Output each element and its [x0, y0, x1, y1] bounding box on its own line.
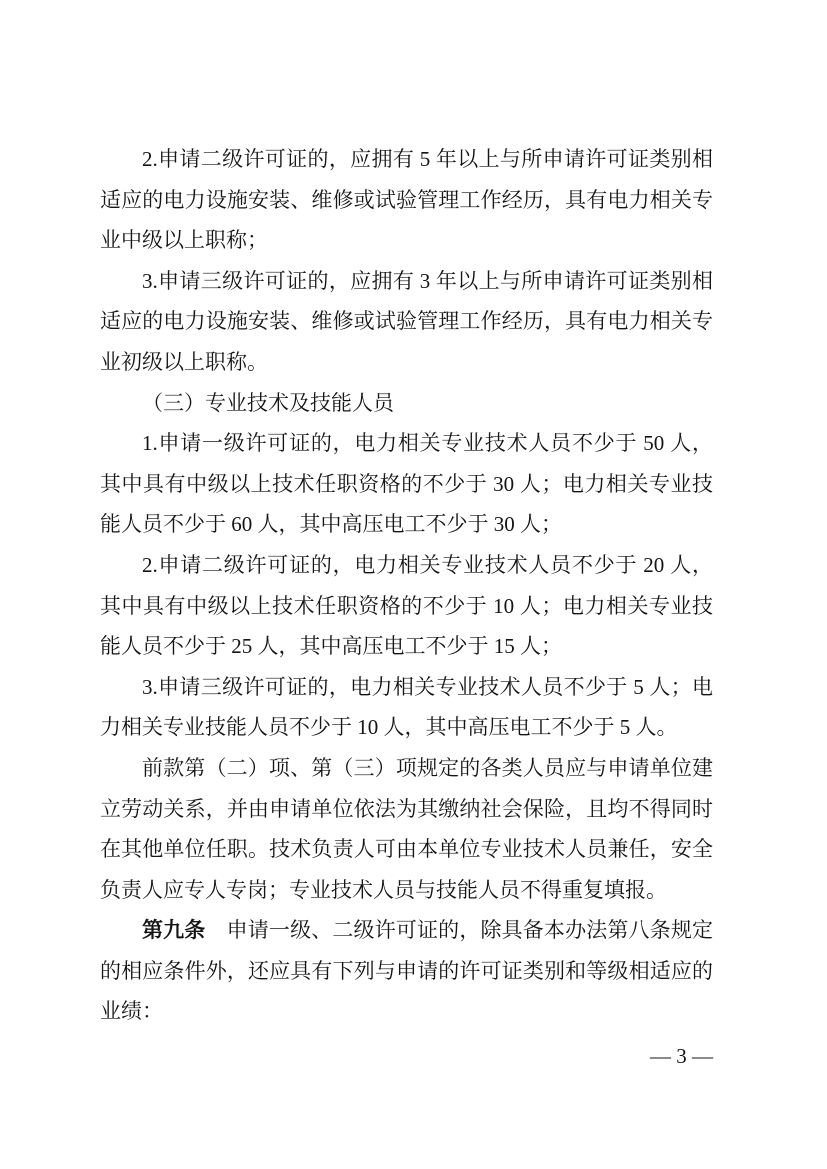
document-page: 2.申请二级许可证的，应拥有 5 年以上与所申请许可证类别相适应的电力设施安装、…	[0, 0, 827, 1169]
clause-3-third-level-qualification: 3.申请三级许可证的，应拥有 3 年以上与所申请许可证类别相适应的电力设施安装、…	[100, 261, 713, 383]
text-line: 3.申请三级许可证的，应拥有 3 年以上与所申请许可证类别相	[100, 261, 713, 302]
text-line: 负责人应专人专岗；专业技术人员与技能人员不得重复填报。	[100, 870, 713, 911]
text-line: 业中级以上职称；	[100, 220, 713, 261]
article-number: 第九条	[142, 919, 205, 942]
document-body: 2.申请二级许可证的，应拥有 5 年以上与所申请许可证类别相适应的电力设施安装、…	[100, 139, 713, 1032]
text-line: 能人员不少于 25 人，其中高压电工不少于 15 人；	[100, 626, 713, 667]
text-line: 业绩：	[100, 991, 713, 1032]
text-line: 前款第（二）项、第（三）项规定的各类人员应与申请单位建	[100, 748, 713, 789]
article-9: 第九条 申请一级、二级许可证的，除具备本办法第八条规定的相应条件外，还应具有下列…	[100, 910, 713, 1032]
text-line: 能人员不少于 60 人，其中高压电工不少于 30 人；	[100, 504, 713, 545]
clause-2-second-level-qualification: 2.申请二级许可证的，应拥有 5 年以上与所申请许可证类别相适应的电力设施安装、…	[100, 139, 713, 261]
text-line: 其中具有中级以上技术任职资格的不少于 30 人；电力相关专业技	[100, 464, 713, 505]
page-number: — 3 —	[100, 1042, 713, 1070]
para-labor-relations: 前款第（二）项、第（三）项规定的各类人员应与申请单位建立劳动关系，并由申请单位依…	[100, 748, 713, 910]
text-line: 业初级以上职称。	[100, 342, 713, 383]
text-line: 力相关专业技能人员不少于 10 人，其中高压电工不少于 5 人。	[100, 707, 713, 748]
text-line: 的相应条件外，还应具有下列与申请的许可证类别和等级相适应的	[100, 951, 713, 992]
text-line: 2.申请二级许可证的，电力相关专业技术人员不少于 20 人，	[100, 545, 713, 586]
text-line: 第九条 申请一级、二级许可证的，除具备本办法第八条规定	[100, 910, 713, 951]
text-line: 立劳动关系，并由申请单位依法为其缴纳社会保险，且均不得同时	[100, 789, 713, 830]
text-line: 1.申请一级许可证的，电力相关专业技术人员不少于 50 人，	[100, 423, 713, 464]
heading-item-3-professional-and-skilled-personnel: （三）专业技术及技能人员	[100, 383, 713, 424]
clause-3-third-level-staffing: 3.申请三级许可证的，电力相关专业技术人员不少于 5 人；电力相关专业技能人员不…	[100, 667, 713, 748]
text-line: 适应的电力设施安装、维修或试验管理工作经历，具有电力相关专	[100, 301, 713, 342]
clause-1-first-level-staffing: 1.申请一级许可证的，电力相关专业技术人员不少于 50 人，其中具有中级以上技术…	[100, 423, 713, 545]
text-line: 其中具有中级以上技术任职资格的不少于 10 人；电力相关专业技	[100, 586, 713, 627]
text-line: 3.申请三级许可证的，电力相关专业技术人员不少于 5 人；电	[100, 667, 713, 708]
text-line: （三）专业技术及技能人员	[100, 383, 713, 424]
text-line: 在其他单位任职。技术负责人可由本单位专业技术人员兼任，安全	[100, 829, 713, 870]
text-line: 适应的电力设施安装、维修或试验管理工作经历，具有电力相关专	[100, 180, 713, 221]
clause-2-second-level-staffing: 2.申请二级许可证的，电力相关专业技术人员不少于 20 人，其中具有中级以上技术…	[100, 545, 713, 667]
text-line: 2.申请二级许可证的，应拥有 5 年以上与所申请许可证类别相	[100, 139, 713, 180]
